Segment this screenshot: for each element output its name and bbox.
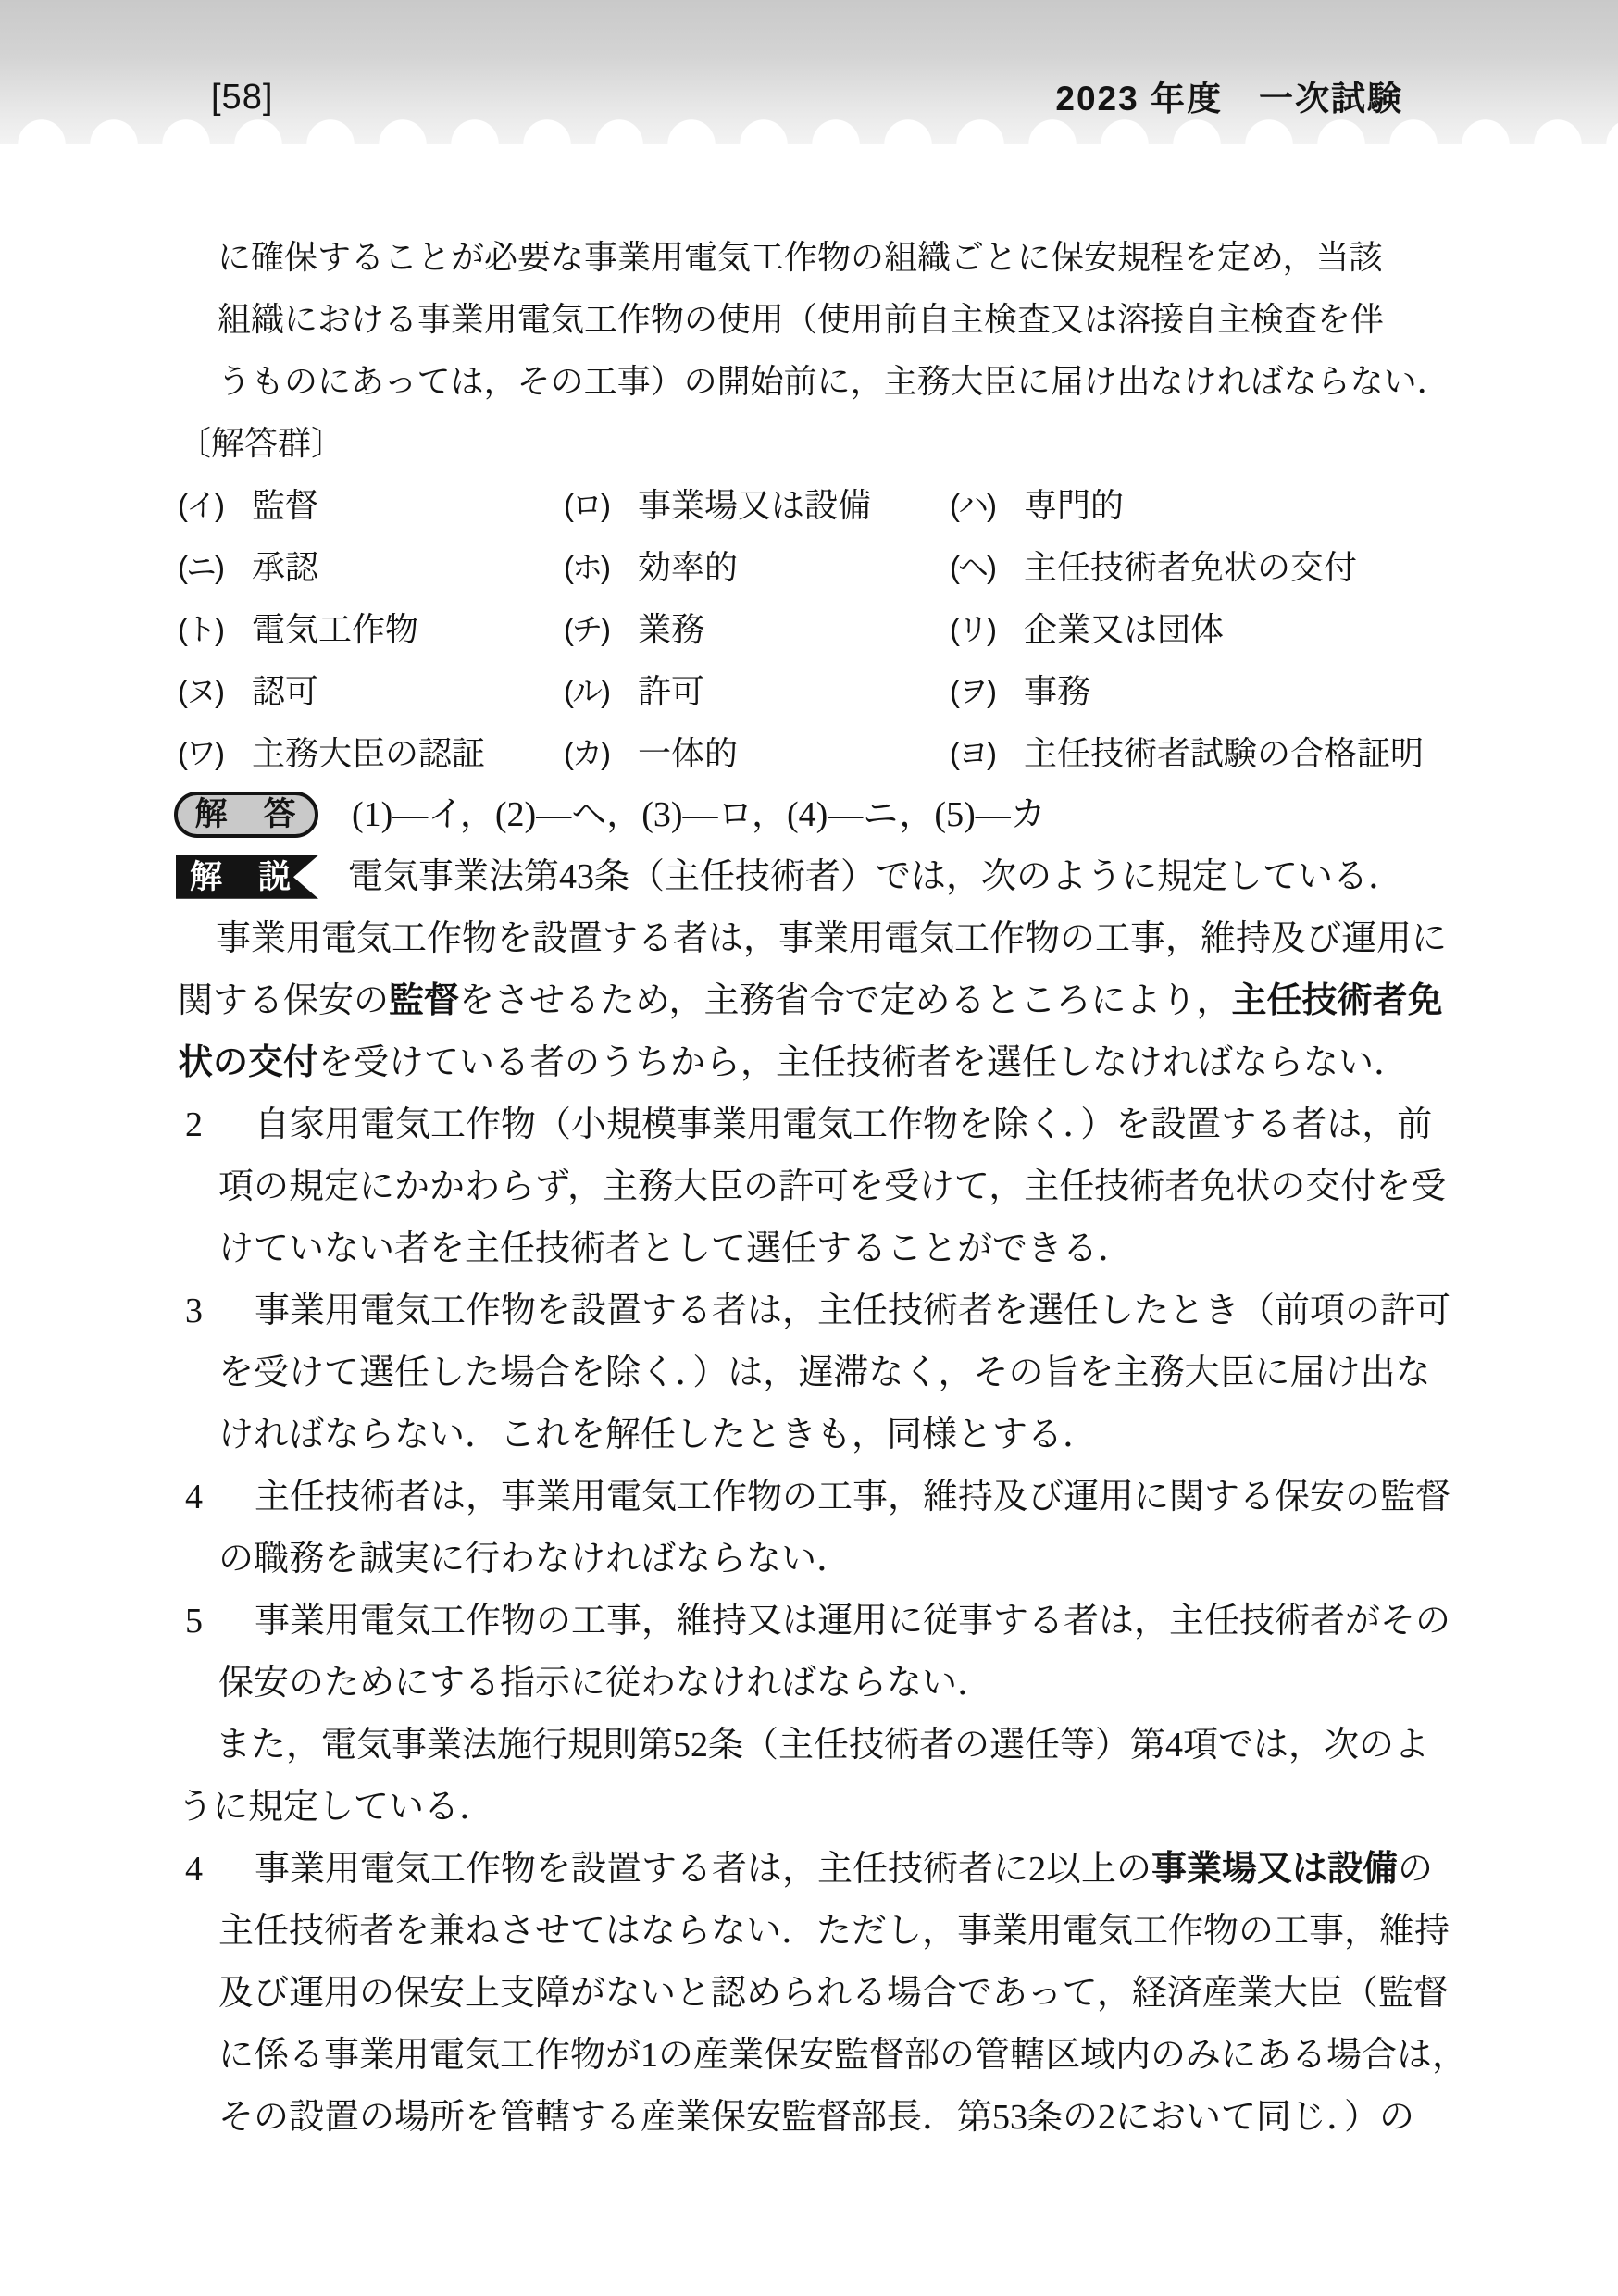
option-marker: (チ): [564, 598, 638, 660]
option-marker: (ル): [564, 660, 638, 722]
explanation-line: 主任技術者を兼ねさせてはならない．ただし，事業用電気工作物の工事，維持: [0, 1901, 1618, 1963]
clause-number: 3: [185, 1280, 255, 1342]
option-item: (ト)電気工作物: [178, 598, 564, 660]
body-text: 主任技術者は，事業用電気工作物の工事，維持及び運用に関する保安の監督: [255, 1478, 1450, 1516]
option-item: (ワ)主務大臣の認証: [178, 722, 564, 784]
option-item: (ヨ)主任技術者試験の合格証明: [950, 722, 1618, 784]
explanation-line: に係る事業用電気工作物が1の産業保安監督部の管轄区域内のみにある場合は，: [0, 2025, 1618, 2087]
clause-number: 4: [185, 1466, 255, 1529]
explanation-line: 及び運用の保安上支障がないと認められる場合であって，経済産業大臣（監督: [0, 1963, 1618, 2025]
explanation-line: 項の規定にかかわらず，主務大臣の許可を受けて，主任技術者免状の交付を受: [0, 1156, 1618, 1218]
body-text: 事業用電気工作物を設置する者は，主任技術者を選任したとき（前項の許可: [255, 1291, 1450, 1330]
answer-line: 解 答(1)—イ，(2)—ヘ，(3)—ロ，(4)—ニ，(5)—カ: [0, 784, 1618, 846]
option-label: 電気工作物: [252, 598, 418, 660]
body-text: を受けて選任した場合を除く．）は，遅滞なく，その旨を主務大臣に届け出な: [218, 1354, 1430, 1392]
question-section: に確保することが必要な事業用電気工作物の組織ごとに保安規程を定め，当該組織におけ…: [0, 226, 1618, 784]
option-item: (ヲ)事務: [950, 660, 1618, 722]
body-text: 保安のためにする指示に従わなければならない．: [218, 1664, 992, 1703]
option-marker: (ワ): [178, 722, 252, 784]
explanation-line: 4主任技術者は，事業用電気工作物の工事，維持及び運用に関する保安の監督: [0, 1466, 1618, 1529]
body-text: 主任技術者を兼ねさせてはならない．ただし，事業用電気工作物の工事，維持: [218, 1912, 1450, 1951]
option-label: 事務: [1024, 660, 1090, 722]
option-item: (カ)一体的: [564, 722, 950, 784]
body-text: 自家用電気工作物（小規模事業用電気工作物を除く．）を設置する者は，前: [255, 1105, 1432, 1144]
option-row: (ワ)主務大臣の認証(カ)一体的(ヨ)主任技術者試験の合格証明: [0, 722, 1618, 784]
explanation-body: 事業用電気工作物を設置する者は，事業用電気工作物の工事，維持及び運用に関する保安…: [0, 908, 1618, 2149]
explanation-line: を受けて選任した場合を除く．）は，遅滞なく，その旨を主務大臣に届け出な: [0, 1342, 1618, 1404]
emphasis-text: 状の交付: [178, 1043, 318, 1082]
explanation-line: 4事業用電気工作物を設置する者は，主任技術者に2以上の事業場又は設備の: [0, 1839, 1618, 1901]
question-text-line: うものにあっては，その工事）の開始前に，主務大臣に届け出なければならない．: [0, 350, 1618, 412]
option-marker: (ロ): [564, 474, 638, 536]
body-text: の: [1398, 1850, 1433, 1889]
option-item: (イ)監督: [178, 474, 564, 536]
book-page: [58] 2023 年度 一次試験 に確保することが必要な事業用電気工作物の組織…: [0, 0, 1618, 2296]
option-label: 主任技術者試験の合格証明: [1024, 722, 1424, 784]
option-marker: (ト): [178, 598, 252, 660]
emphasis-text: 主任技術者免: [1232, 981, 1443, 1020]
body-text: うに規定している．: [178, 1788, 494, 1827]
option-item: (ヌ)認可: [178, 660, 564, 722]
explanation-heading: 解 説電気事業法第43条（主任技術者）では，次のように規定している．: [0, 846, 1618, 908]
option-marker: (ハ): [950, 474, 1024, 536]
explanation-line: その設置の場所を管轄する産業保安監督部長．第53条の2において同じ．）の: [0, 2087, 1618, 2149]
option-marker: (カ): [564, 722, 638, 784]
option-marker: (ヲ): [950, 660, 1024, 722]
answer-text: (1)—イ，(2)—ヘ，(3)—ロ，(4)—ニ，(5)—カ: [352, 795, 1046, 834]
option-label: 一体的: [638, 722, 738, 784]
body-text: をさせるため，主務省令で定めるところにより，: [459, 981, 1231, 1020]
explanation-line: うに規定している．: [0, 1777, 1618, 1839]
body-text: の職務を誠実に行わなければならない．: [218, 1540, 852, 1578]
option-label: 企業又は団体: [1024, 598, 1224, 660]
explanation-line: 状の交付を受けている者のうちから，主任技術者を選任しなければならない．: [0, 1032, 1618, 1094]
option-row: (ト)電気工作物(チ)業務(リ)企業又は団体: [0, 598, 1618, 660]
page-header: [58] 2023 年度 一次試験: [0, 0, 1618, 143]
emphasis-text: 監督: [389, 981, 459, 1020]
option-label: 主務大臣の認証: [252, 722, 485, 784]
explanation-line: の職務を誠実に行わなければならない．: [0, 1529, 1618, 1591]
clause-number: 5: [185, 1591, 255, 1653]
option-item: (ロ)事業場又は設備: [564, 474, 950, 536]
option-marker: (ヘ): [950, 536, 1024, 598]
body-text: 及び運用の保安上支障がないと認められる場合であって，経済産業大臣（監督: [218, 1974, 1449, 2013]
option-marker: (イ): [178, 474, 252, 536]
option-marker: (ヨ): [950, 722, 1024, 784]
option-item: (ハ)専門的: [950, 474, 1618, 536]
option-item: (ヘ)主任技術者免状の交付: [950, 536, 1618, 598]
option-row: (イ)監督(ロ)事業場又は設備(ハ)専門的: [0, 474, 1618, 536]
body-text: を受けている者のうちから，主任技術者を選任しなければならない．: [318, 1043, 1409, 1082]
option-marker: (ホ): [564, 536, 638, 598]
body-text: 事業用電気工作物を設置する者は，事業用電気工作物の工事，維持及び運用に: [216, 919, 1447, 958]
option-marker: (リ): [950, 598, 1024, 660]
explanation-line: ければならない．これを解任したときも，同様とする．: [0, 1404, 1618, 1466]
option-row: (ヌ)認可(ル)許可(ヲ)事務: [0, 660, 1618, 722]
answer-badge: 解 答: [174, 792, 318, 838]
option-label: 認可: [252, 660, 318, 722]
clause-number: 4: [185, 1839, 255, 1901]
explanation-line: 事業用電気工作物を設置する者は，事業用電気工作物の工事，維持及び運用に: [0, 908, 1618, 970]
option-label: 許可: [638, 660, 704, 722]
explanation-line: また，電気事業法施行規則第52条（主任技術者の選任等）第4項では，次のよ: [0, 1715, 1618, 1777]
option-item: (リ)企業又は団体: [950, 598, 1618, 660]
option-marker: (ヌ): [178, 660, 252, 722]
option-label: 効率的: [638, 536, 738, 598]
option-item: (ニ)承認: [178, 536, 564, 598]
body-text: ければならない．これを解任したときも，同様とする．: [218, 1416, 1098, 1454]
exam-label: 2023 年度 一次試験: [1055, 81, 1403, 116]
explanation-line: けていない者を主任技術者として選任することができる．: [0, 1218, 1618, 1280]
explanation-line: 関する保安の監督をさせるため，主務省令で定めるところにより，主任技術者免: [0, 970, 1618, 1032]
body-text: 事業用電気工作物の工事，維持又は運用に従事する者は，主任技術者がその: [255, 1602, 1450, 1641]
question-text-line: に確保することが必要な事業用電気工作物の組織ごとに保安規程を定め，当該: [0, 226, 1618, 288]
body-text: 項の規定にかかわらず，主務大臣の許可を受けて，主任技術者免状の交付を受: [218, 1167, 1446, 1206]
explanation-line: 3事業用電気工作物を設置する者は，主任技術者を選任したとき（前項の許可: [0, 1280, 1618, 1342]
option-item: (ル)許可: [564, 660, 950, 722]
explanation-badge: 解 説: [176, 855, 318, 899]
explanation-line: 2自家用電気工作物（小規模事業用電気工作物を除く．）を設置する者は，前: [0, 1094, 1618, 1156]
clause-number: 2: [185, 1094, 255, 1156]
body-text: に係る事業用電気工作物が1の産業保安監督部の管轄区域内のみにある場合は，: [218, 2036, 1467, 2075]
body-text: けていない者を主任技術者として選任することができる．: [218, 1229, 1133, 1268]
option-label: 専門的: [1024, 474, 1124, 536]
page-number: [58]: [211, 80, 273, 115]
option-label: 業務: [638, 598, 704, 660]
option-label: 承認: [252, 536, 318, 598]
explanation-line: 5事業用電気工作物の工事，維持又は運用に従事する者は，主任技術者がその: [0, 1591, 1618, 1653]
option-row: (ニ)承認(ホ)効率的(ヘ)主任技術者免状の交付: [0, 536, 1618, 598]
option-label: 事業場又は設備: [638, 474, 871, 536]
option-label: 監督: [252, 474, 318, 536]
page-content: に確保することが必要な事業用電気工作物の組織ごとに保安規程を定め，当該組織におけ…: [0, 226, 1618, 2149]
explanation-line: 保安のためにする指示に従わなければならない．: [0, 1653, 1618, 1715]
answer-group-label: 〔解答群〕: [0, 412, 1618, 474]
body-text: 事業用電気工作物を設置する者は，主任技術者に2以上の: [255, 1850, 1151, 1889]
option-marker: (ニ): [178, 536, 252, 598]
body-text: また，電気事業法施行規則第52条（主任技術者の選任等）第4項では，次のよ: [216, 1726, 1429, 1765]
option-item: (ホ)効率的: [564, 536, 950, 598]
question-text-line: 組織における事業用電気工作物の使用（使用前自主検査又は溶接自主検査を伴: [0, 288, 1618, 350]
option-label: 主任技術者免状の交付: [1024, 536, 1357, 598]
question-text: に確保することが必要な事業用電気工作物の組織ごとに保安規程を定め，当該組織におけ…: [0, 226, 1618, 412]
emphasis-text: 事業場又は設備: [1151, 1850, 1398, 1889]
explanation-intro: 電気事業法第43条（主任技術者）では，次のように規定している．: [348, 857, 1403, 896]
answer-options: (イ)監督(ロ)事業場又は設備(ハ)専門的(ニ)承認(ホ)効率的(ヘ)主任技術者…: [0, 474, 1618, 784]
body-text: 関する保安の: [178, 981, 389, 1020]
option-item: (チ)業務: [564, 598, 950, 660]
body-text: その設置の場所を管轄する産業保安監督部長．第53条の2において同じ．）の: [218, 2098, 1414, 2137]
